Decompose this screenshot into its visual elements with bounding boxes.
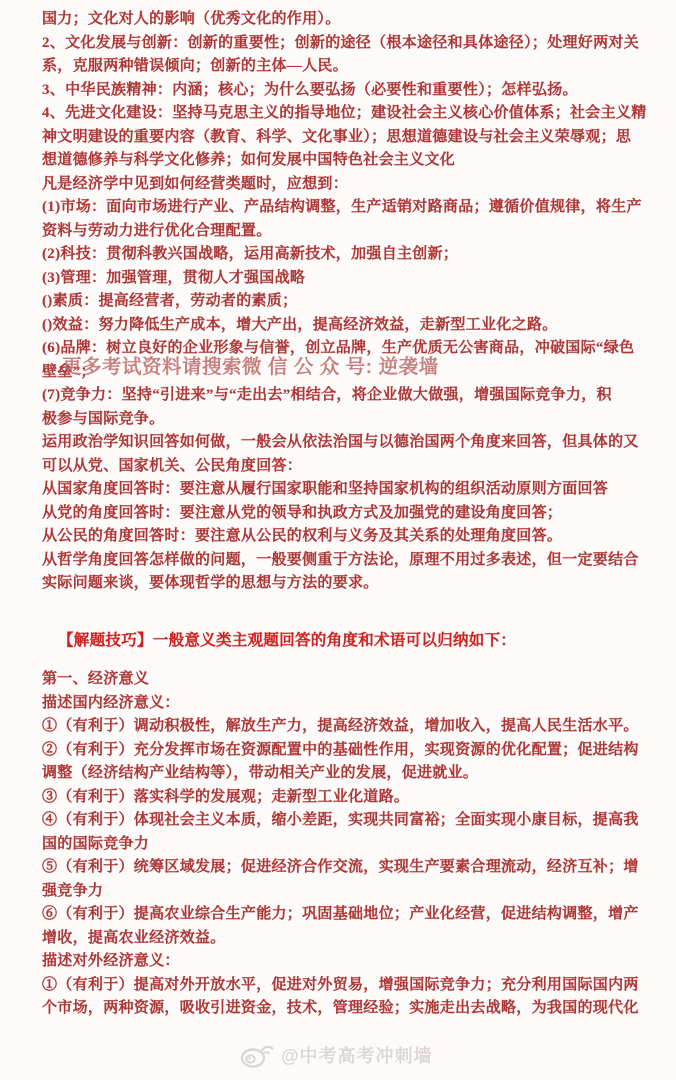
text-line: ③（有利于）落实科学的发展观；走新型工业化道路。 xyxy=(42,786,660,810)
text-line: 描述国内经济意义： xyxy=(42,692,660,716)
text-line: 从公民的角度回答时：要注意从公民的权利与义务及其关系的处理角度回答。 xyxy=(42,525,660,549)
text-line: 凡是经济学中见到如何经营类题时，应想到： xyxy=(42,173,660,197)
text-line: 神文明建设的重要内容（教育、科学、文化事业）；思想道德建设与社会主义荣辱观；思 xyxy=(42,126,660,150)
text-line: 强竞争力 xyxy=(42,880,660,904)
text-line: (1)市场：面向市场进行产业、产品结构调整，生产适销对路商品；遵循价值规律，将生… xyxy=(42,196,660,220)
text-line: 2、文化发展与创新：创新的重要性；创新的途径（根本途径和具体途径）；处理好两对关 xyxy=(42,32,660,56)
text-line: 从党的角度回答时：要注意从党的领导和执政方式及加强党的建设角度回答； xyxy=(42,502,660,526)
weibo-watermark-text: @中考高考冲刺墙 xyxy=(281,1042,433,1068)
text-line: 从国家角度回答时：要注意从履行国家职能和坚持国家机构的组织活动原则方面回答 xyxy=(42,478,660,502)
document-page: 国力；文化对人的影响（优秀文化的作用）。2、文化发展与创新：创新的重要性；创新的… xyxy=(0,0,676,1080)
text-line: ①（有利于）调动积极性，解放生产力，提高经济效益，增加收入，提高人民生活水平。 xyxy=(42,715,660,739)
text-line: ⑤（有利于）统筹区域发展；促进经济合作交流，实现生产要素合理流动，经济互补；增 xyxy=(42,856,660,880)
text-line: 国力；文化对人的影响（优秀文化的作用）。 xyxy=(42,8,660,32)
text-line: 从哲学角度回答怎样做的问题，一般要侧重于方法论，原理不用过多表述，但一定要结合 xyxy=(42,549,660,573)
section-heading: 【解题技巧】一般意义类主观题回答的角度和术语可以归纳如下： xyxy=(42,629,660,653)
text-line: ④（有利于）体现社会主义本质，缩小差距，实现共同富裕；全面实现小康目标，提高我 xyxy=(42,809,660,833)
text-line: (7)竞争力：坚持“引进来”与“走出去”相结合，将企业做大做强，增强国际竞争力，… xyxy=(42,384,660,408)
text-line: (3)管理：加强管理，贯彻人才强国战略 xyxy=(42,267,660,291)
text-line: (2)科技：贯彻科教兴国战略，运用高新技术，加强自主创新； xyxy=(42,243,660,267)
text-line: 调整（经济结构产业结构等），带动相关产业的发展，促进就业。 xyxy=(42,762,660,786)
text-line: ()素质：提高经营者，劳动者的素质； xyxy=(42,290,660,314)
text-line: 可以从党、国家机关、公民角度回答： xyxy=(42,455,660,479)
text-line: 极参与国际竞争。 xyxy=(42,408,660,432)
wechat-watermark-text: 更多考试资料请搜索微 信 公 众 号: 逆袭墙 xyxy=(62,351,439,379)
text-line: ()效益：努力降低生产成本，增大产出，提高经济效益，走新型工业化之路。 xyxy=(42,314,660,338)
text-line: 资料与劳动力进行优化合理配置。 xyxy=(42,220,660,244)
text-line: ①（有利于）提高对外开放水平，促进对外贸易，增强国际竞争力；充分利用国际国内两 xyxy=(42,974,660,998)
text-line: 第一、经济意义 xyxy=(42,668,660,692)
weibo-watermark: @中考高考冲刺墙 xyxy=(240,1042,433,1068)
text-line: 4、先进文化建设：坚持马克思主义的指导地位；建设社会主义核心价值体系；社会主义精 xyxy=(42,102,660,126)
text-line: 运用政治学知识回答如何做，一般会从依法治国与以德治国两个角度来回答，但具体的又 xyxy=(42,431,660,455)
text-line: 描述对外经济意义： xyxy=(42,950,660,974)
document-body: 国力；文化对人的影响（优秀文化的作用）。2、文化发展与创新：创新的重要性；创新的… xyxy=(42,8,660,1021)
text-line: 3、中华民族精神：内涵；核心；为什么要弘扬（必要性和重要性）；怎样弘扬。 xyxy=(42,79,660,103)
text-line: 实际问题来谈，要体现哲学的思想与方法的要求。 xyxy=(42,572,660,596)
text-line: 个市场，两种资源，吸收引进资金，技术，管理经验；实施走出去战略，为我国的现代化 xyxy=(42,997,660,1021)
text-line: 增收，提高农业经济效益。 xyxy=(42,927,660,951)
text-line: ⑥（有利于）提高农业综合生产能力；巩固基础地位；产业化经营，促进结构调整，增产 xyxy=(42,903,660,927)
text-line: 想道德修养与科学文化修养；如何发展中国特色社会主义文化 xyxy=(42,149,660,173)
text-line: ②（有利于）充分发挥市场在资源配置中的基础性作用，实现资源的优化配置；促进结构 xyxy=(42,739,660,763)
text-line: 国的国际竞争力 xyxy=(42,833,660,857)
text-line: 系，克服两种错误倾向；创新的主体—人民。 xyxy=(42,55,660,79)
weibo-icon xyxy=(240,1042,274,1068)
